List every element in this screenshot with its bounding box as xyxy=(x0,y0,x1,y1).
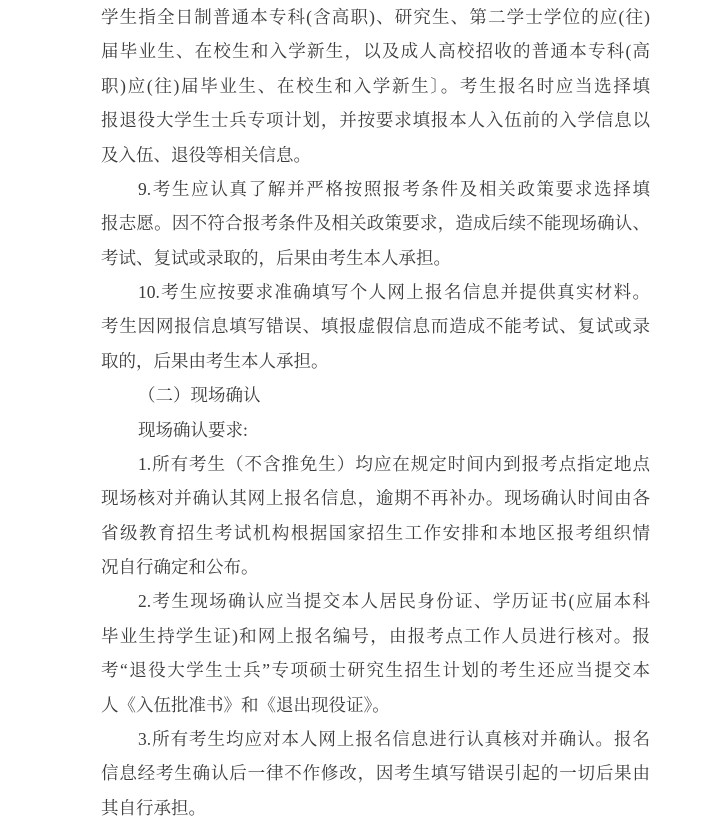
text-line: 报志愿。因不符合报考条件及相关政策要求，造成后续不能现场确认、 xyxy=(101,206,650,240)
document-body: 学生指全日制普通本专科(含高职)、研究生、第二学士学位的应(往)届毕业生、在校生… xyxy=(101,0,650,825)
text-line: 省级教育招生考试机构根据国家招生工作安排和本地区报考组织情 xyxy=(101,516,650,550)
text-line: 9.考生应认真了解并严格按照报考条件及相关政策要求选择填 xyxy=(101,172,650,206)
text-line: 况自行确定和公布。 xyxy=(101,550,650,584)
text-line: 职)应(往)届毕业生、在校生和入学新生〕。考生报名时应当选择填 xyxy=(101,69,650,103)
text-line: 毕业生持学生证)和网上报名编号，由报考点工作人员进行核对。报 xyxy=(101,619,650,653)
text-line: 学生指全日制普通本专科(含高职)、研究生、第二学士学位的应(往) xyxy=(101,0,650,34)
text-line: 人《入伍批准书》和《退出现役证》。 xyxy=(101,688,650,722)
text-line: 考“退役大学生士兵”专项硕士研究生招生计划的考生还应当提交本 xyxy=(101,653,650,687)
text-line: 10.考生应按要求准确填写个人网上报名信息并提供真实材料。 xyxy=(101,275,650,309)
text-line: 及入伍、退役等相关信息。 xyxy=(101,138,650,172)
text-line: 信息经考生确认后一律不作修改，因考生填写错误引起的一切后果由 xyxy=(101,756,650,790)
text-line: 届毕业生、在校生和入学新生，以及成人高校招收的普通本专科(高 xyxy=(101,34,650,68)
text-line: 1.所有考生（不含推免生）均应在规定时间内到报考点指定地点 xyxy=(101,447,650,481)
document-page: 学生指全日制普通本专科(含高职)、研究生、第二学士学位的应(往)届毕业生、在校生… xyxy=(0,0,721,825)
text-line: 考生因网报信息填写错误、填报虚假信息而造成不能考试、复试或录 xyxy=(101,309,650,343)
text-line: 现场核对并确认其网上报名信息，逾期不再补办。现场确认时间由各 xyxy=(101,481,650,515)
text-line: （二）现场确认 xyxy=(101,378,650,412)
text-line: 报退役大学生士兵专项计划，并按要求填报本人入伍前的入学信息以 xyxy=(101,103,650,137)
text-line: 现场确认要求: xyxy=(101,413,650,447)
text-line: 2.考生现场确认应当提交本人居民身份证、学历证书(应届本科 xyxy=(101,584,650,618)
text-line: 其自行承担。 xyxy=(101,791,650,825)
text-line: 3.所有考生均应对本人网上报名信息进行认真核对并确认。报名 xyxy=(101,722,650,756)
text-line: 考试、复试或录取的，后果由考生本人承担。 xyxy=(101,241,650,275)
text-line: 取的，后果由考生本人承担。 xyxy=(101,344,650,378)
